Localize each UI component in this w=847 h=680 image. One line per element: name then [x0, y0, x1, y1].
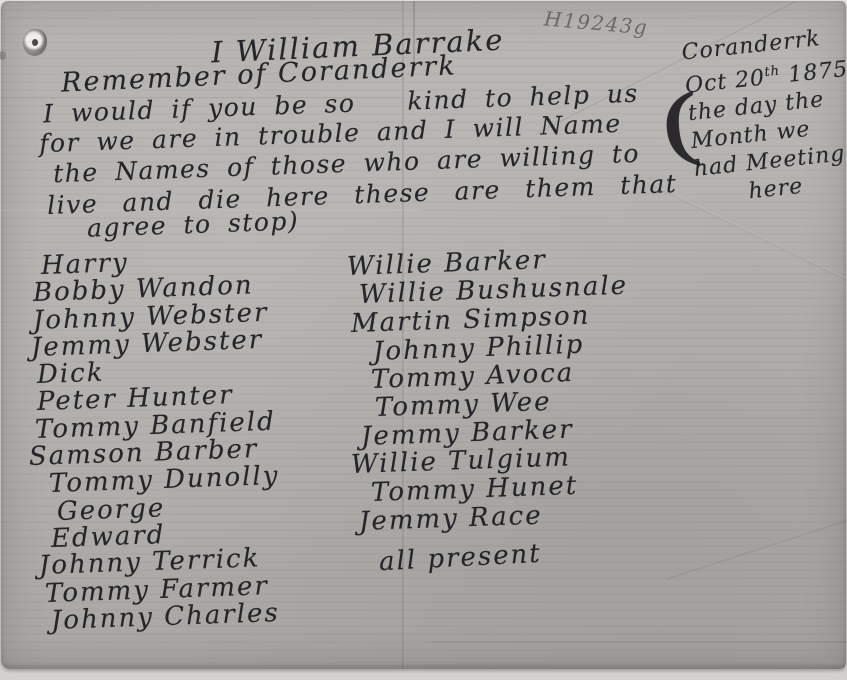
name-entry: Johnny Charles — [51, 600, 281, 635]
brace-mark: ( — [652, 78, 710, 175]
edge-mark — [0, 51, 6, 60]
pin-hole-speck — [32, 39, 38, 46]
closing-note: all present — [378, 539, 542, 577]
names-column-left: Harry Bobby Wandon Johnny Webster Jemmy … — [33, 253, 280, 635]
pencil-archive-number: H19243g — [543, 6, 649, 39]
names-column-right: Willie Barker Willie Bushusnale Martin S… — [341, 253, 628, 536]
body-line-5: agree to stop) — [87, 206, 300, 242]
paper-crease-diagonal-bottom-right — [667, 504, 847, 580]
dateline-block: Coranderrk Oct 20th 1875 the day the Mon… — [680, 23, 847, 212]
scanned-letter-image: H19243g I William Barrake Remember of Co… — [0, 0, 847, 680]
dateline-date-ordinal: th — [764, 64, 781, 81]
dateline-date-year: 1875 — [787, 57, 847, 88]
pin-hole — [23, 29, 47, 56]
paper-sheet: H19243g I William Barrake Remember of Co… — [1, 1, 846, 669]
paper-crease-horizontal-bottom — [431, 641, 847, 643]
